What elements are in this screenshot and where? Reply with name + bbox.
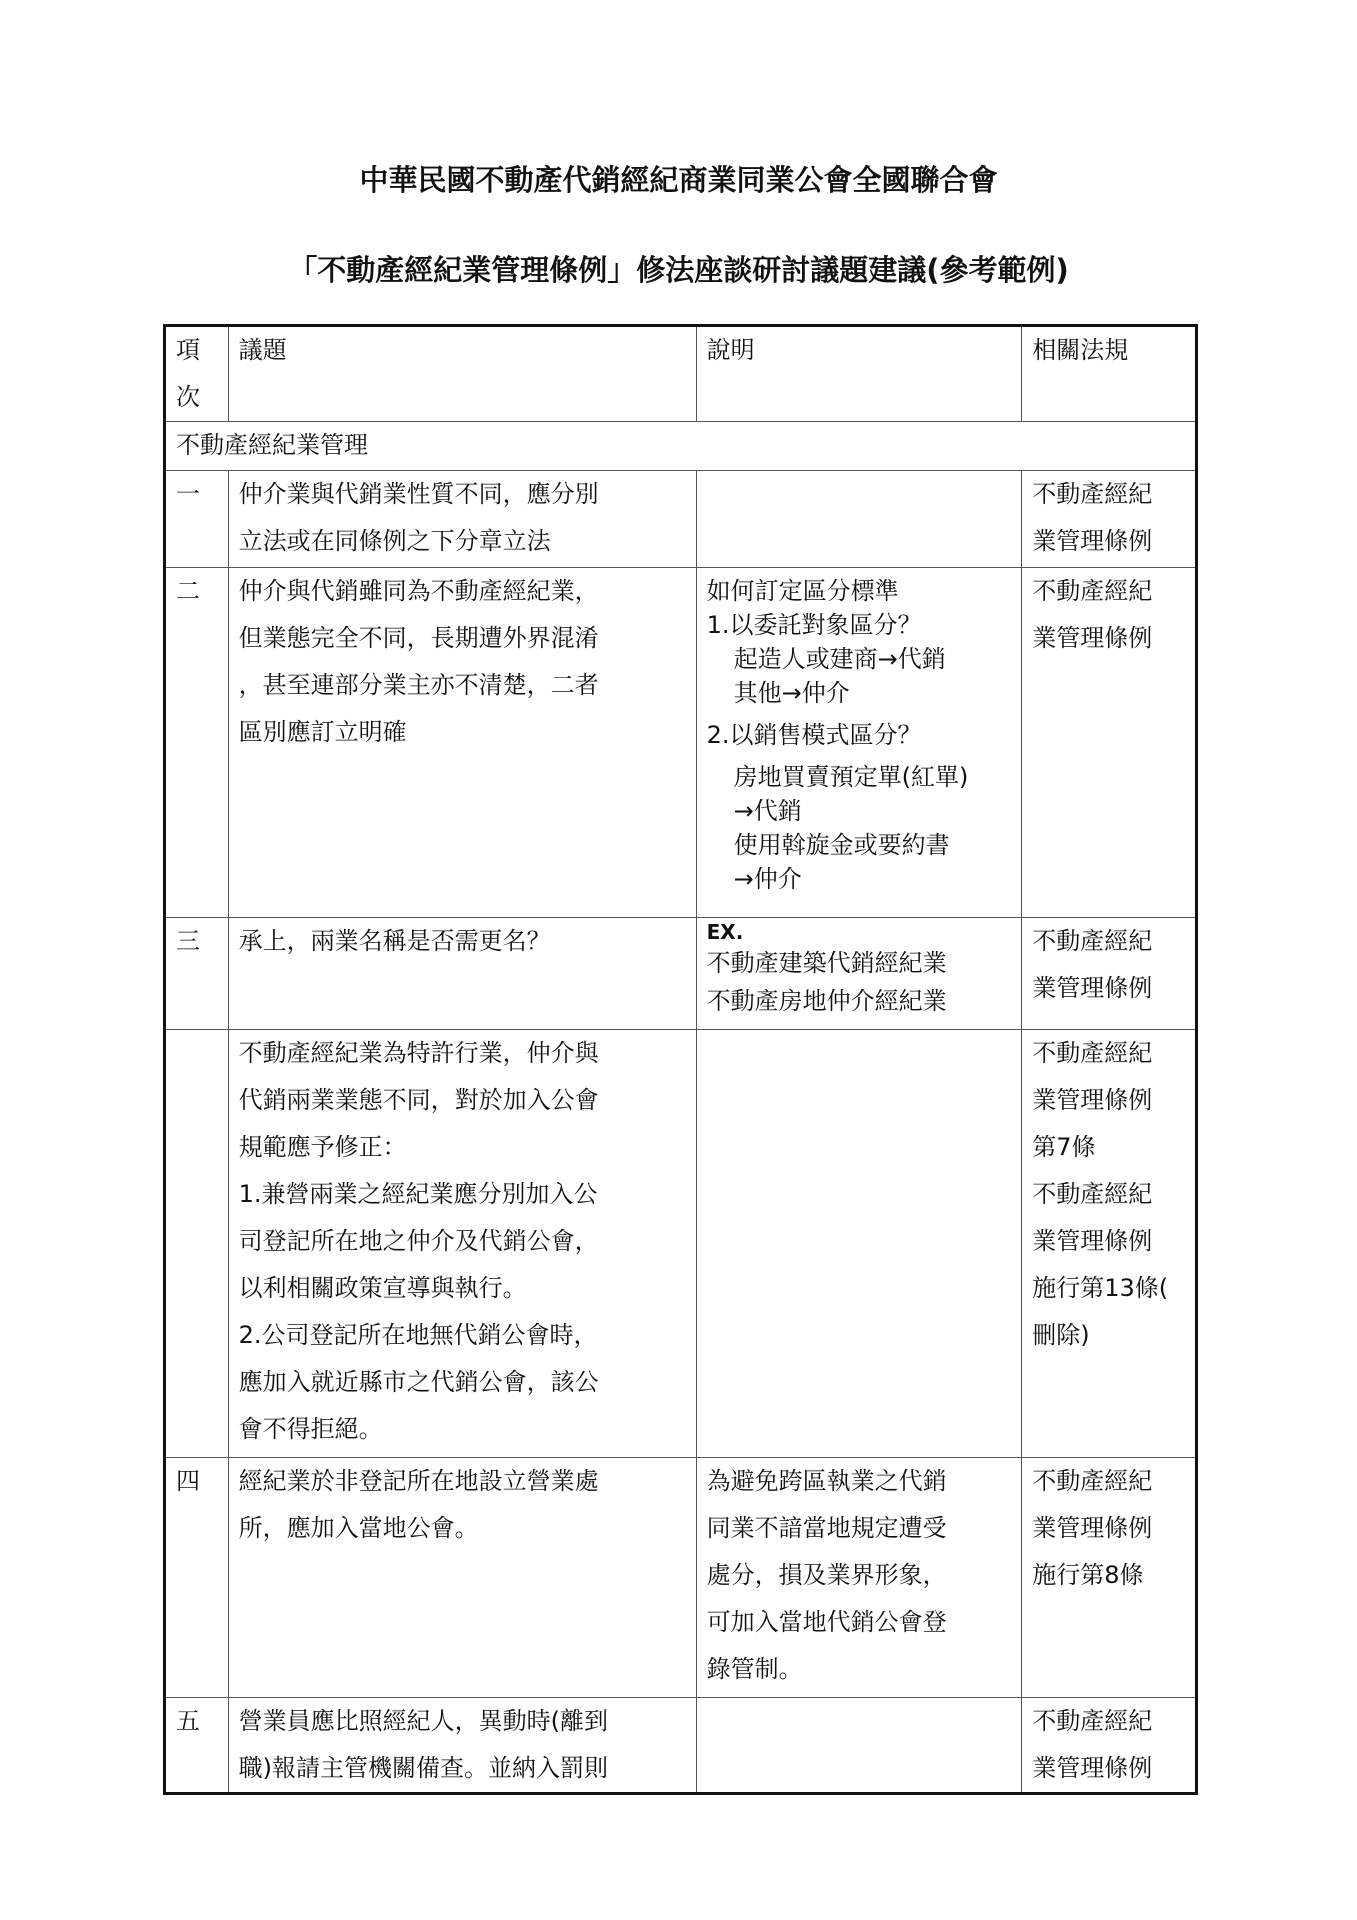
row-issue: 經紀業於非登記所在地設立營業處 所，應加入當地公會。 bbox=[228, 1458, 696, 1698]
header-description: 說明 bbox=[696, 326, 1022, 422]
desc-line: 使用斡旋金或要約書 bbox=[707, 828, 1012, 862]
desc-line: 可加入當地代銷公會登 bbox=[707, 1599, 1012, 1646]
desc-line: →代銷 bbox=[707, 794, 1012, 828]
table-row: 三 承上，兩業名稱是否需更名？ EX. 不動產建築代銷經紀業 不動產房地仲介經紀… bbox=[165, 918, 1197, 1030]
row-description: 為避免跨區執業之代銷 同業不諳當地規定遭受 處分，損及業界形象， 可加入當地代銷… bbox=[696, 1458, 1022, 1698]
row-law: 不動產經紀 業管理條例 第7條 不動產經紀 業管理條例 施行第13條( 刪除) bbox=[1022, 1030, 1197, 1458]
issue-line: 2.公司登記所在地無代銷公會時， bbox=[239, 1312, 686, 1359]
law-line: 不動產經紀 bbox=[1032, 568, 1185, 615]
issue-line: 承上，兩業名稱是否需更名？ bbox=[239, 918, 686, 965]
row-issue: 承上，兩業名稱是否需更名？ bbox=[228, 918, 696, 1030]
desc-line: 起造人或建商→代銷 bbox=[707, 642, 1012, 676]
law-line: 業管理條例 bbox=[1032, 518, 1185, 565]
issue-line: 以利相關政策宣導與執行。 bbox=[239, 1265, 686, 1312]
issue-line: 仲介與代銷雖同為不動產經紀業， bbox=[239, 568, 686, 615]
desc-line: 不動產房地仲介經紀業 bbox=[707, 982, 1012, 1020]
desc-line: 為避免跨區執業之代銷 bbox=[707, 1458, 1012, 1505]
law-line: 不動產經紀 bbox=[1032, 1030, 1185, 1077]
row-description bbox=[696, 1698, 1022, 1794]
header-no: 項次 bbox=[165, 326, 229, 422]
issue-line: 營業員應比照經紀人，異動時(離到 bbox=[239, 1698, 686, 1745]
row-description: 如何訂定區分標準 1.以委託對象區分？ 起造人或建商→代銷 其他→仲介 2.以銷… bbox=[696, 568, 1022, 918]
law-line: 施行第13條( bbox=[1032, 1265, 1185, 1312]
law-line: 不動產經紀 bbox=[1032, 1698, 1185, 1745]
issue-line: 會不得拒絕。 bbox=[239, 1406, 686, 1453]
issue-line: 1.兼營兩業之經紀業應分別加入公 bbox=[239, 1171, 686, 1218]
table-row: 四 經紀業於非登記所在地設立營業處 所，應加入當地公會。 為避免跨區執業之代銷 … bbox=[165, 1458, 1197, 1698]
issue-line: 但業態完全不同，長期遭外界混淆 bbox=[239, 615, 686, 662]
desc-line: 其他→仲介 bbox=[707, 676, 1012, 710]
row-law: 不動產經紀 業管理條例 bbox=[1022, 471, 1197, 568]
proposal-table: 項次 議題 說明 相關法規 不動產經紀業管理 一 仲介業與代銷業性質不同，應分別… bbox=[163, 324, 1198, 1795]
row-description bbox=[696, 1030, 1022, 1458]
row-law: 不動產經紀 業管理條例 bbox=[1022, 568, 1197, 918]
issue-line: 職)報請主管機關備查。並納入罰則 bbox=[239, 1745, 686, 1792]
desc-line: 錄管制。 bbox=[707, 1646, 1012, 1693]
law-line: 刪除) bbox=[1032, 1312, 1185, 1359]
law-line: 業管理條例 bbox=[1032, 1505, 1185, 1552]
row-no: 五 bbox=[165, 1698, 229, 1794]
row-issue: 營業員應比照經紀人，異動時(離到 職)報請主管機關備查。並納入罰則 bbox=[228, 1698, 696, 1794]
row-description bbox=[696, 471, 1022, 568]
law-line: 施行第8條 bbox=[1032, 1552, 1185, 1599]
table-row: 一 仲介業與代銷業性質不同，應分別 立法或在同條例之下分章立法 不動產經紀 業管… bbox=[165, 471, 1197, 568]
row-law: 不動產經紀 業管理條例 bbox=[1022, 918, 1197, 1030]
row-law: 不動產經紀 業管理條例 施行第8條 bbox=[1022, 1458, 1197, 1698]
document-title: 中華民國不動產代銷經紀商業同業公會全國聯合會 bbox=[0, 158, 1357, 199]
desc-line: 房地買賣預定單(紅單) bbox=[707, 760, 1012, 794]
row-law: 不動產經紀 業管理條例 bbox=[1022, 1698, 1197, 1794]
issue-line: 司登記所在地之仲介及代銷公會， bbox=[239, 1218, 686, 1265]
header-law: 相關法規 bbox=[1022, 326, 1197, 422]
law-line: 業管理條例 bbox=[1032, 1077, 1185, 1124]
section-label: 不動產經紀業管理 bbox=[165, 422, 1197, 471]
header-issue: 議題 bbox=[228, 326, 696, 422]
issue-line: 不動產經紀業為特許行業，仲介與 bbox=[239, 1030, 686, 1077]
issue-line: 區別應訂立明確 bbox=[239, 709, 686, 756]
example-label: EX. bbox=[707, 920, 1012, 944]
law-line: 業管理條例 bbox=[1032, 615, 1185, 662]
row-issue: 仲介與代銷雖同為不動產經紀業， 但業態完全不同，長期遭外界混淆 ，甚至連部分業主… bbox=[228, 568, 696, 918]
document-subtitle: 「不動產經紀業管理條例」修法座談研討議題建議(參考範例) bbox=[0, 248, 1357, 289]
issue-line: ，甚至連部分業主亦不清楚，二者 bbox=[239, 662, 686, 709]
law-line: 業管理條例 bbox=[1032, 1218, 1185, 1265]
desc-line: 1.以委託對象區分？ bbox=[707, 608, 1012, 642]
law-line: 第7條 bbox=[1032, 1124, 1185, 1171]
row-no bbox=[165, 1030, 229, 1458]
law-line: 業管理條例 bbox=[1032, 965, 1185, 1012]
table-row: 二 仲介與代銷雖同為不動產經紀業， 但業態完全不同，長期遭外界混淆 ，甚至連部分… bbox=[165, 568, 1197, 918]
law-line: 不動產經紀 bbox=[1032, 1171, 1185, 1218]
issue-line: 所，應加入當地公會。 bbox=[239, 1505, 686, 1552]
issue-line: 應加入就近縣市之代銷公會，該公 bbox=[239, 1359, 686, 1406]
desc-line: 不動產建築代銷經紀業 bbox=[707, 944, 1012, 982]
row-issue: 不動產經紀業為特許行業，仲介與 代銷兩業業態不同，對於加入公會 規範應予修正： … bbox=[228, 1030, 696, 1458]
table-row: 不動產經紀業為特許行業，仲介與 代銷兩業業態不同，對於加入公會 規範應予修正： … bbox=[165, 1030, 1197, 1458]
desc-line: →仲介 bbox=[707, 862, 1012, 896]
law-line: 業管理條例 bbox=[1032, 1745, 1185, 1792]
issue-line: 立法或在同條例之下分章立法 bbox=[239, 518, 686, 565]
issue-line: 仲介業與代銷業性質不同，應分別 bbox=[239, 471, 686, 518]
row-no: 三 bbox=[165, 918, 229, 1030]
row-description: EX. 不動產建築代銷經紀業 不動產房地仲介經紀業 bbox=[696, 918, 1022, 1030]
row-no: 二 bbox=[165, 568, 229, 918]
section-row: 不動產經紀業管理 bbox=[165, 422, 1197, 471]
desc-line: 處分，損及業界形象， bbox=[707, 1552, 1012, 1599]
issue-line: 代銷兩業業態不同，對於加入公會 bbox=[239, 1077, 686, 1124]
issue-line: 經紀業於非登記所在地設立營業處 bbox=[239, 1458, 686, 1505]
desc-line: 同業不諳當地規定遭受 bbox=[707, 1505, 1012, 1552]
law-line: 不動產經紀 bbox=[1032, 471, 1185, 518]
table-row: 五 營業員應比照經紀人，異動時(離到 職)報請主管機關備查。並納入罰則 不動產經… bbox=[165, 1698, 1197, 1794]
table-header-row: 項次 議題 說明 相關法規 bbox=[165, 326, 1197, 422]
desc-line: 2.以銷售模式區分？ bbox=[707, 718, 1012, 752]
row-no: 四 bbox=[165, 1458, 229, 1698]
law-line: 不動產經紀 bbox=[1032, 1458, 1185, 1505]
issue-line: 規範應予修正： bbox=[239, 1124, 686, 1171]
law-line: 不動產經紀 bbox=[1032, 918, 1185, 965]
row-issue: 仲介業與代銷業性質不同，應分別 立法或在同條例之下分章立法 bbox=[228, 471, 696, 568]
desc-line: 如何訂定區分標準 bbox=[707, 574, 1012, 608]
row-no: 一 bbox=[165, 471, 229, 568]
